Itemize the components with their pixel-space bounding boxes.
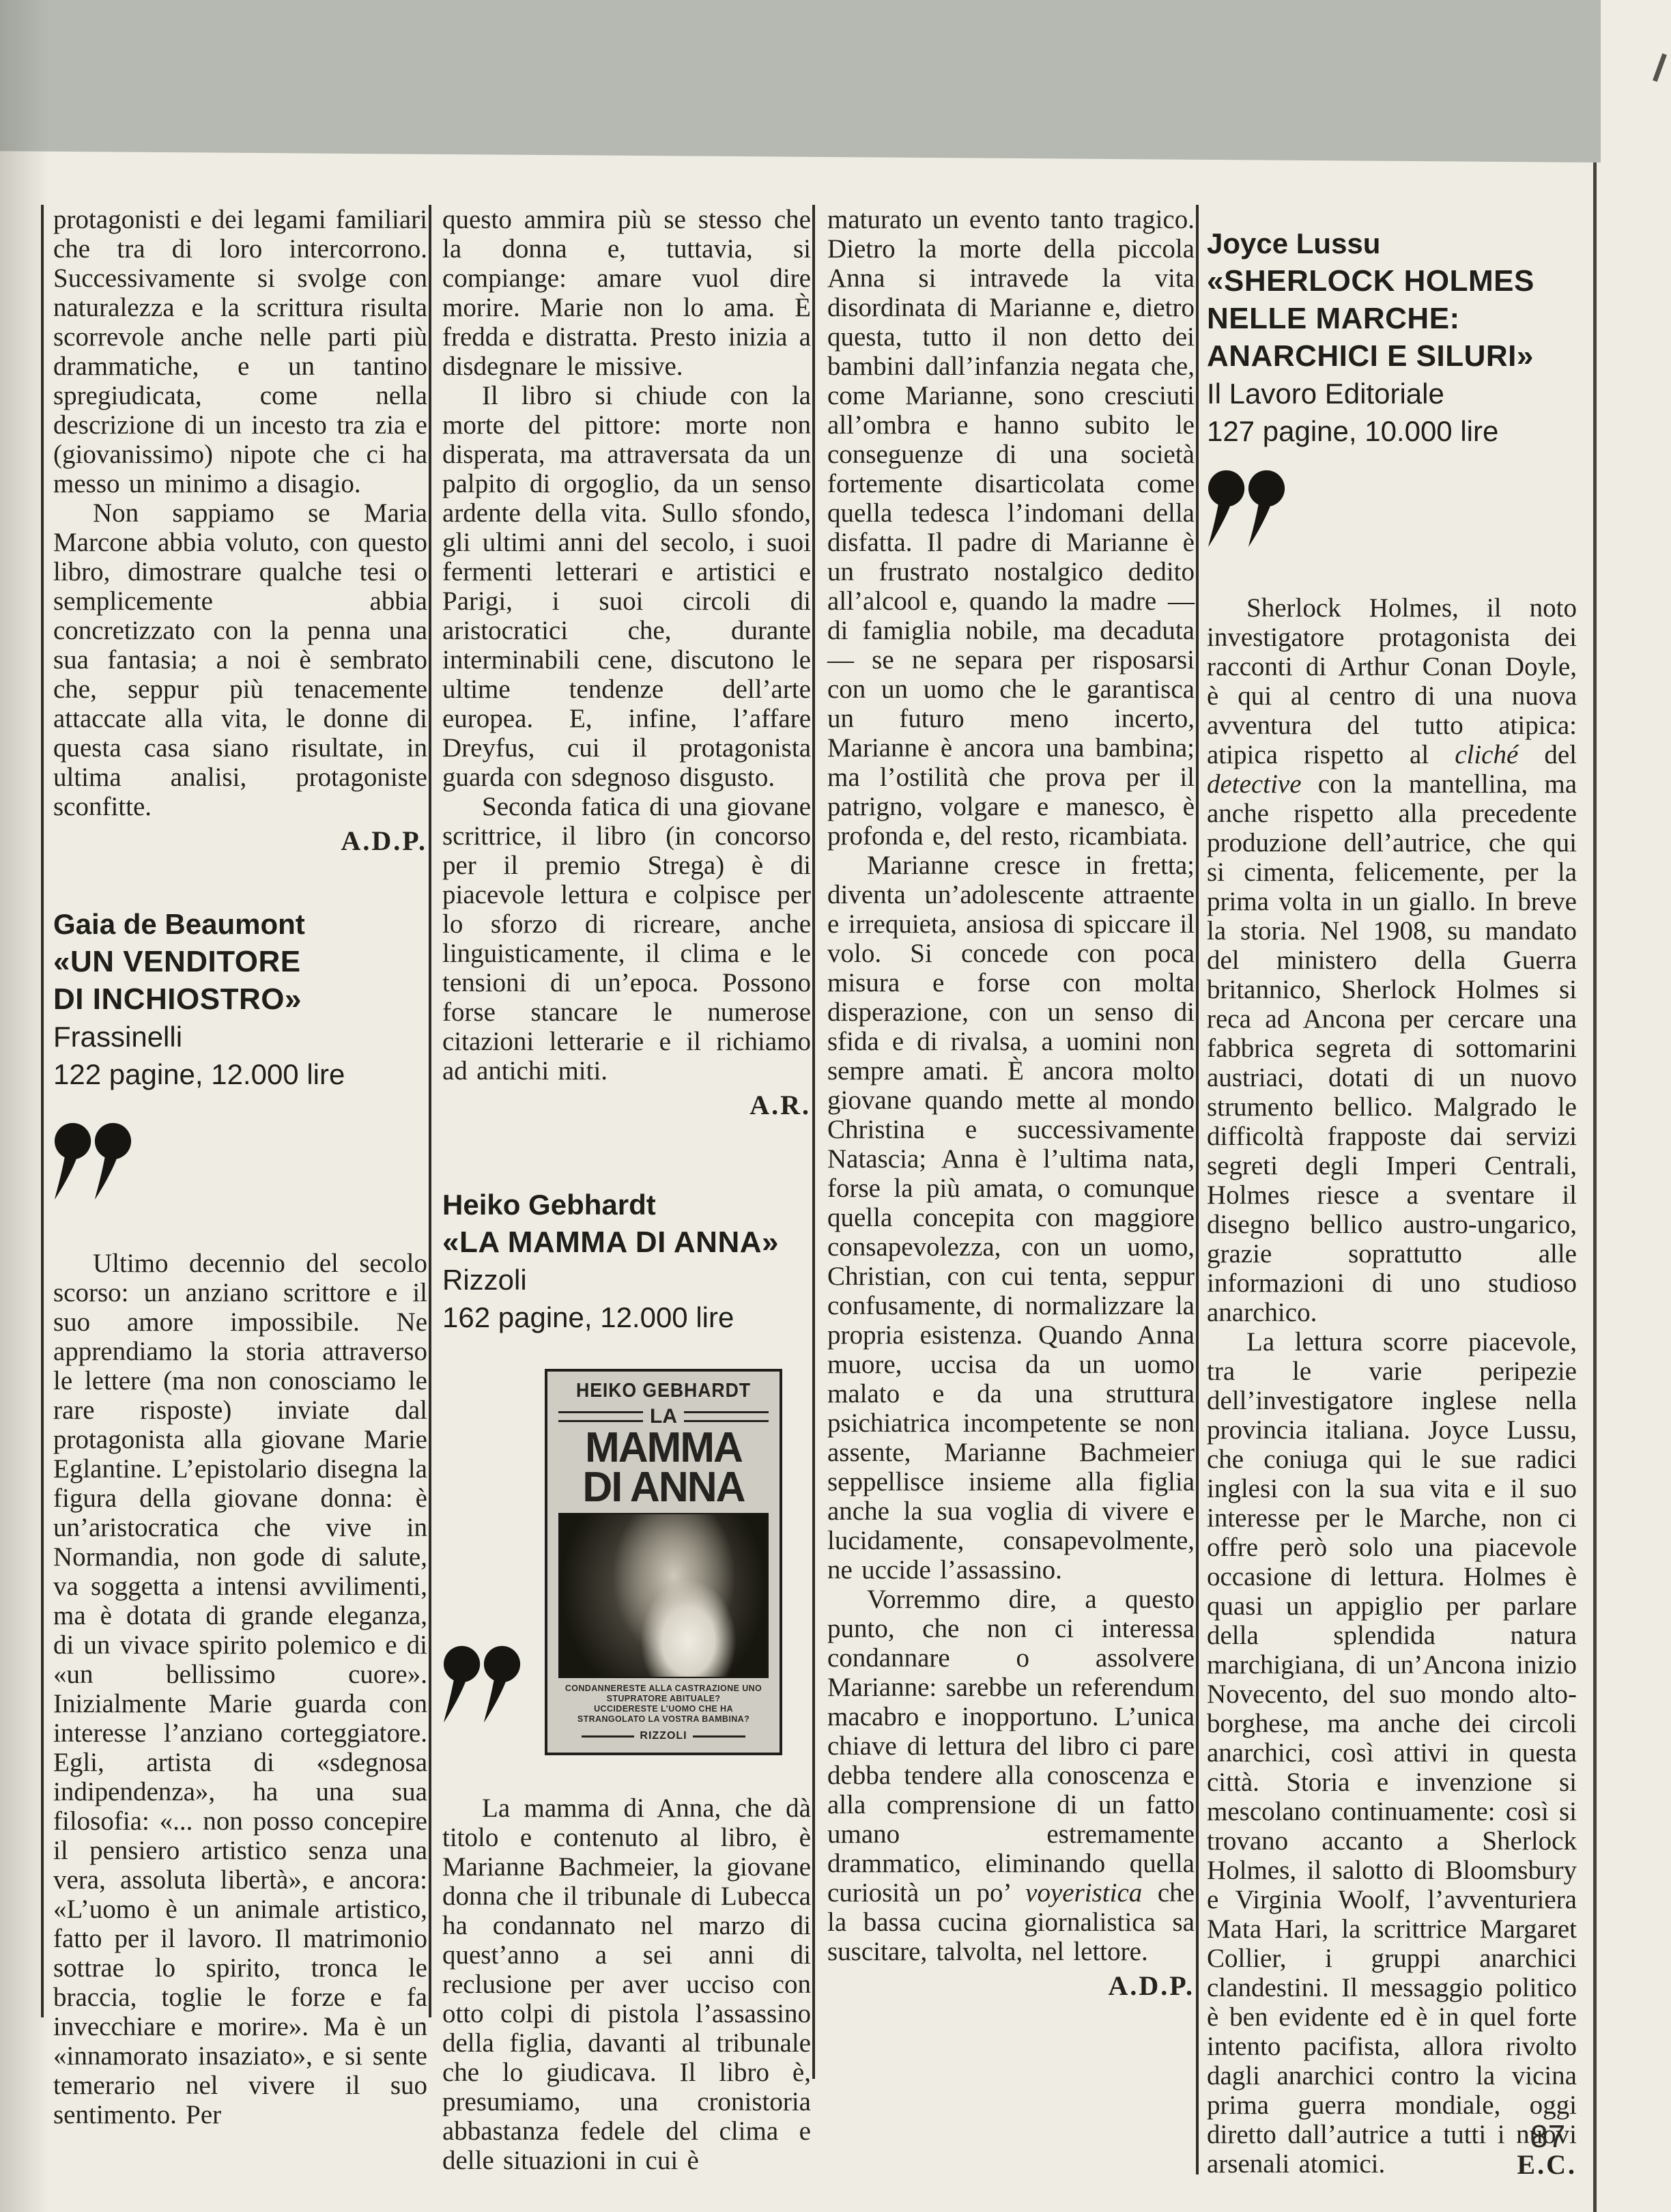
- cover-publisher-row: RIZZOLI: [582, 1730, 745, 1742]
- rating-balls-icon: [53, 1122, 134, 1225]
- cover-title: MAMMA: [556, 1428, 771, 1468]
- cover-rule: [684, 1411, 769, 1422]
- book-pages-price: 127 pagine, 10.000 lire: [1207, 412, 1577, 450]
- italic-word: cliché: [1455, 740, 1518, 769]
- paragraph: Marianne cresce in fretta; diventa un’ad…: [827, 851, 1195, 1585]
- paragraph: questo ammira più se stesso che la donna…: [442, 205, 811, 381]
- book-author: Heiko Gebhardt: [442, 1187, 811, 1223]
- book-author: Gaia de Beaumont: [53, 906, 427, 943]
- book-publisher: Il Lavoro Editoriale: [1207, 375, 1577, 412]
- book-cover-row: HEIKO GEBHARDT LA MAMMA DI ANNA CONDANNE…: [442, 1369, 811, 1755]
- magazine-page: protagonisti e dei legami familiari che …: [0, 0, 1671, 2212]
- cover-title: DI ANNA: [556, 1468, 771, 1507]
- cover-publisher: RIZZOLI: [634, 1730, 692, 1742]
- column-1: protagonisti e dei legami familiari che …: [53, 205, 427, 2129]
- text-run: Vorremmo dire, a questo punto, che non c…: [827, 1585, 1195, 1908]
- scanner-gray-band: [0, 0, 1601, 162]
- paragraph: Vorremmo dire, a questo punto, che non c…: [827, 1585, 1195, 1966]
- italic-word: voyeristica: [1025, 1878, 1142, 1908]
- cover-rule: [558, 1411, 643, 1422]
- paragraph: Non sappiamo se Maria Marcone abbia volu…: [53, 498, 427, 821]
- book-publisher: Rizzoli: [442, 1261, 811, 1299]
- italic-word: detective: [1207, 769, 1302, 799]
- column-3: maturato un evento tanto tragico. Dietro…: [827, 205, 1195, 2002]
- book-title: «UN VENDITORE: [53, 943, 427, 980]
- page-number: 87: [1530, 2118, 1565, 2155]
- paragraph: La mamma di Anna, che dà titolo e conten…: [442, 1793, 811, 2175]
- book-pages-price: 162 pagine, 12.000 lire: [442, 1299, 811, 1336]
- column-4: Joyce Lussu «SHERLOCK HOLMES NELLE MARCH…: [1207, 225, 1577, 2181]
- column-rule-1: [429, 205, 431, 2017]
- book-author: Joyce Lussu: [1207, 225, 1577, 262]
- rating-balls-icon: [1207, 469, 1287, 573]
- book-title: NELLE MARCHE:: [1207, 300, 1577, 337]
- column-2: questo ammira più se stesso che la donna…: [442, 205, 811, 2175]
- cover-caption: STRANGOLATO LA VOSTRA BAMBINA?: [554, 1714, 773, 1725]
- reviewer-signature: A.D.P.: [53, 825, 427, 857]
- scan-artifact-mark: [1653, 53, 1667, 82]
- column-rule-left: [41, 205, 44, 2017]
- book-publisher: Frassinelli: [53, 1018, 427, 1055]
- cover-caption: CONDANNERESTE ALLA CASTRAZIONE UNO: [554, 1684, 773, 1694]
- paragraph: Sherlock Holmes, il noto investigatore p…: [1207, 593, 1577, 1327]
- paragraph: Seconda fatica di una giovane scrittrice…: [442, 792, 811, 1086]
- rating-balls-icon: [442, 1645, 523, 1748]
- paragraph: Ultimo decennio del secolo scorso: un an…: [53, 1249, 427, 2129]
- book-title: ANARCHICI E SILURI»: [1207, 337, 1577, 375]
- book-header: Joyce Lussu «SHERLOCK HOLMES NELLE MARCH…: [1207, 225, 1577, 450]
- cover-caption: STUPRATORE ABITUALE?: [554, 1694, 773, 1704]
- cover-rule: [582, 1735, 634, 1738]
- reviewer-signature: A.D.P.: [827, 1970, 1195, 2002]
- reviewer-signature: A.R.: [442, 1090, 811, 1121]
- book-title: «LA MAMMA DI ANNA»: [442, 1223, 811, 1261]
- book-title: DI INCHIOSTRO»: [53, 980, 427, 1018]
- column-rule-3: [1196, 205, 1199, 2174]
- book-header: Heiko Gebhardt «LA MAMMA DI ANNA» Rizzol…: [442, 1187, 811, 1336]
- paragraph: protagonisti e dei legami familiari che …: [53, 205, 427, 498]
- cover-rule: [693, 1735, 745, 1738]
- cover-caption: UCCIDERESTE L’UOMO CHE HA: [554, 1704, 773, 1714]
- paragraph: Il libro si chiude con la morte del pitt…: [442, 381, 811, 792]
- book-pages-price: 122 pagine, 12.000 lire: [53, 1055, 427, 1093]
- paragraph: maturato un evento tanto tragico. Dietro…: [827, 205, 1195, 851]
- column-rule-2: [812, 205, 815, 2079]
- text-run: con la mantellina, ma anche rispetto all…: [1207, 769, 1577, 1327]
- cover-photo-woman: [558, 1513, 769, 1678]
- book-header: Gaia de Beaumont «UN VENDITORE DI INCHIO…: [53, 906, 427, 1093]
- text-run: del: [1518, 740, 1577, 769]
- book-title: «SHERLOCK HOLMES: [1207, 262, 1577, 300]
- book-cover-image: HEIKO GEBHARDT LA MAMMA DI ANNA CONDANNE…: [545, 1369, 782, 1755]
- paragraph: La lettura scorre piacevole, tra le vari…: [1207, 1327, 1577, 2179]
- cover-author: HEIKO GEBHARDT: [563, 1380, 764, 1402]
- page-edge-line: [1593, 162, 1597, 2212]
